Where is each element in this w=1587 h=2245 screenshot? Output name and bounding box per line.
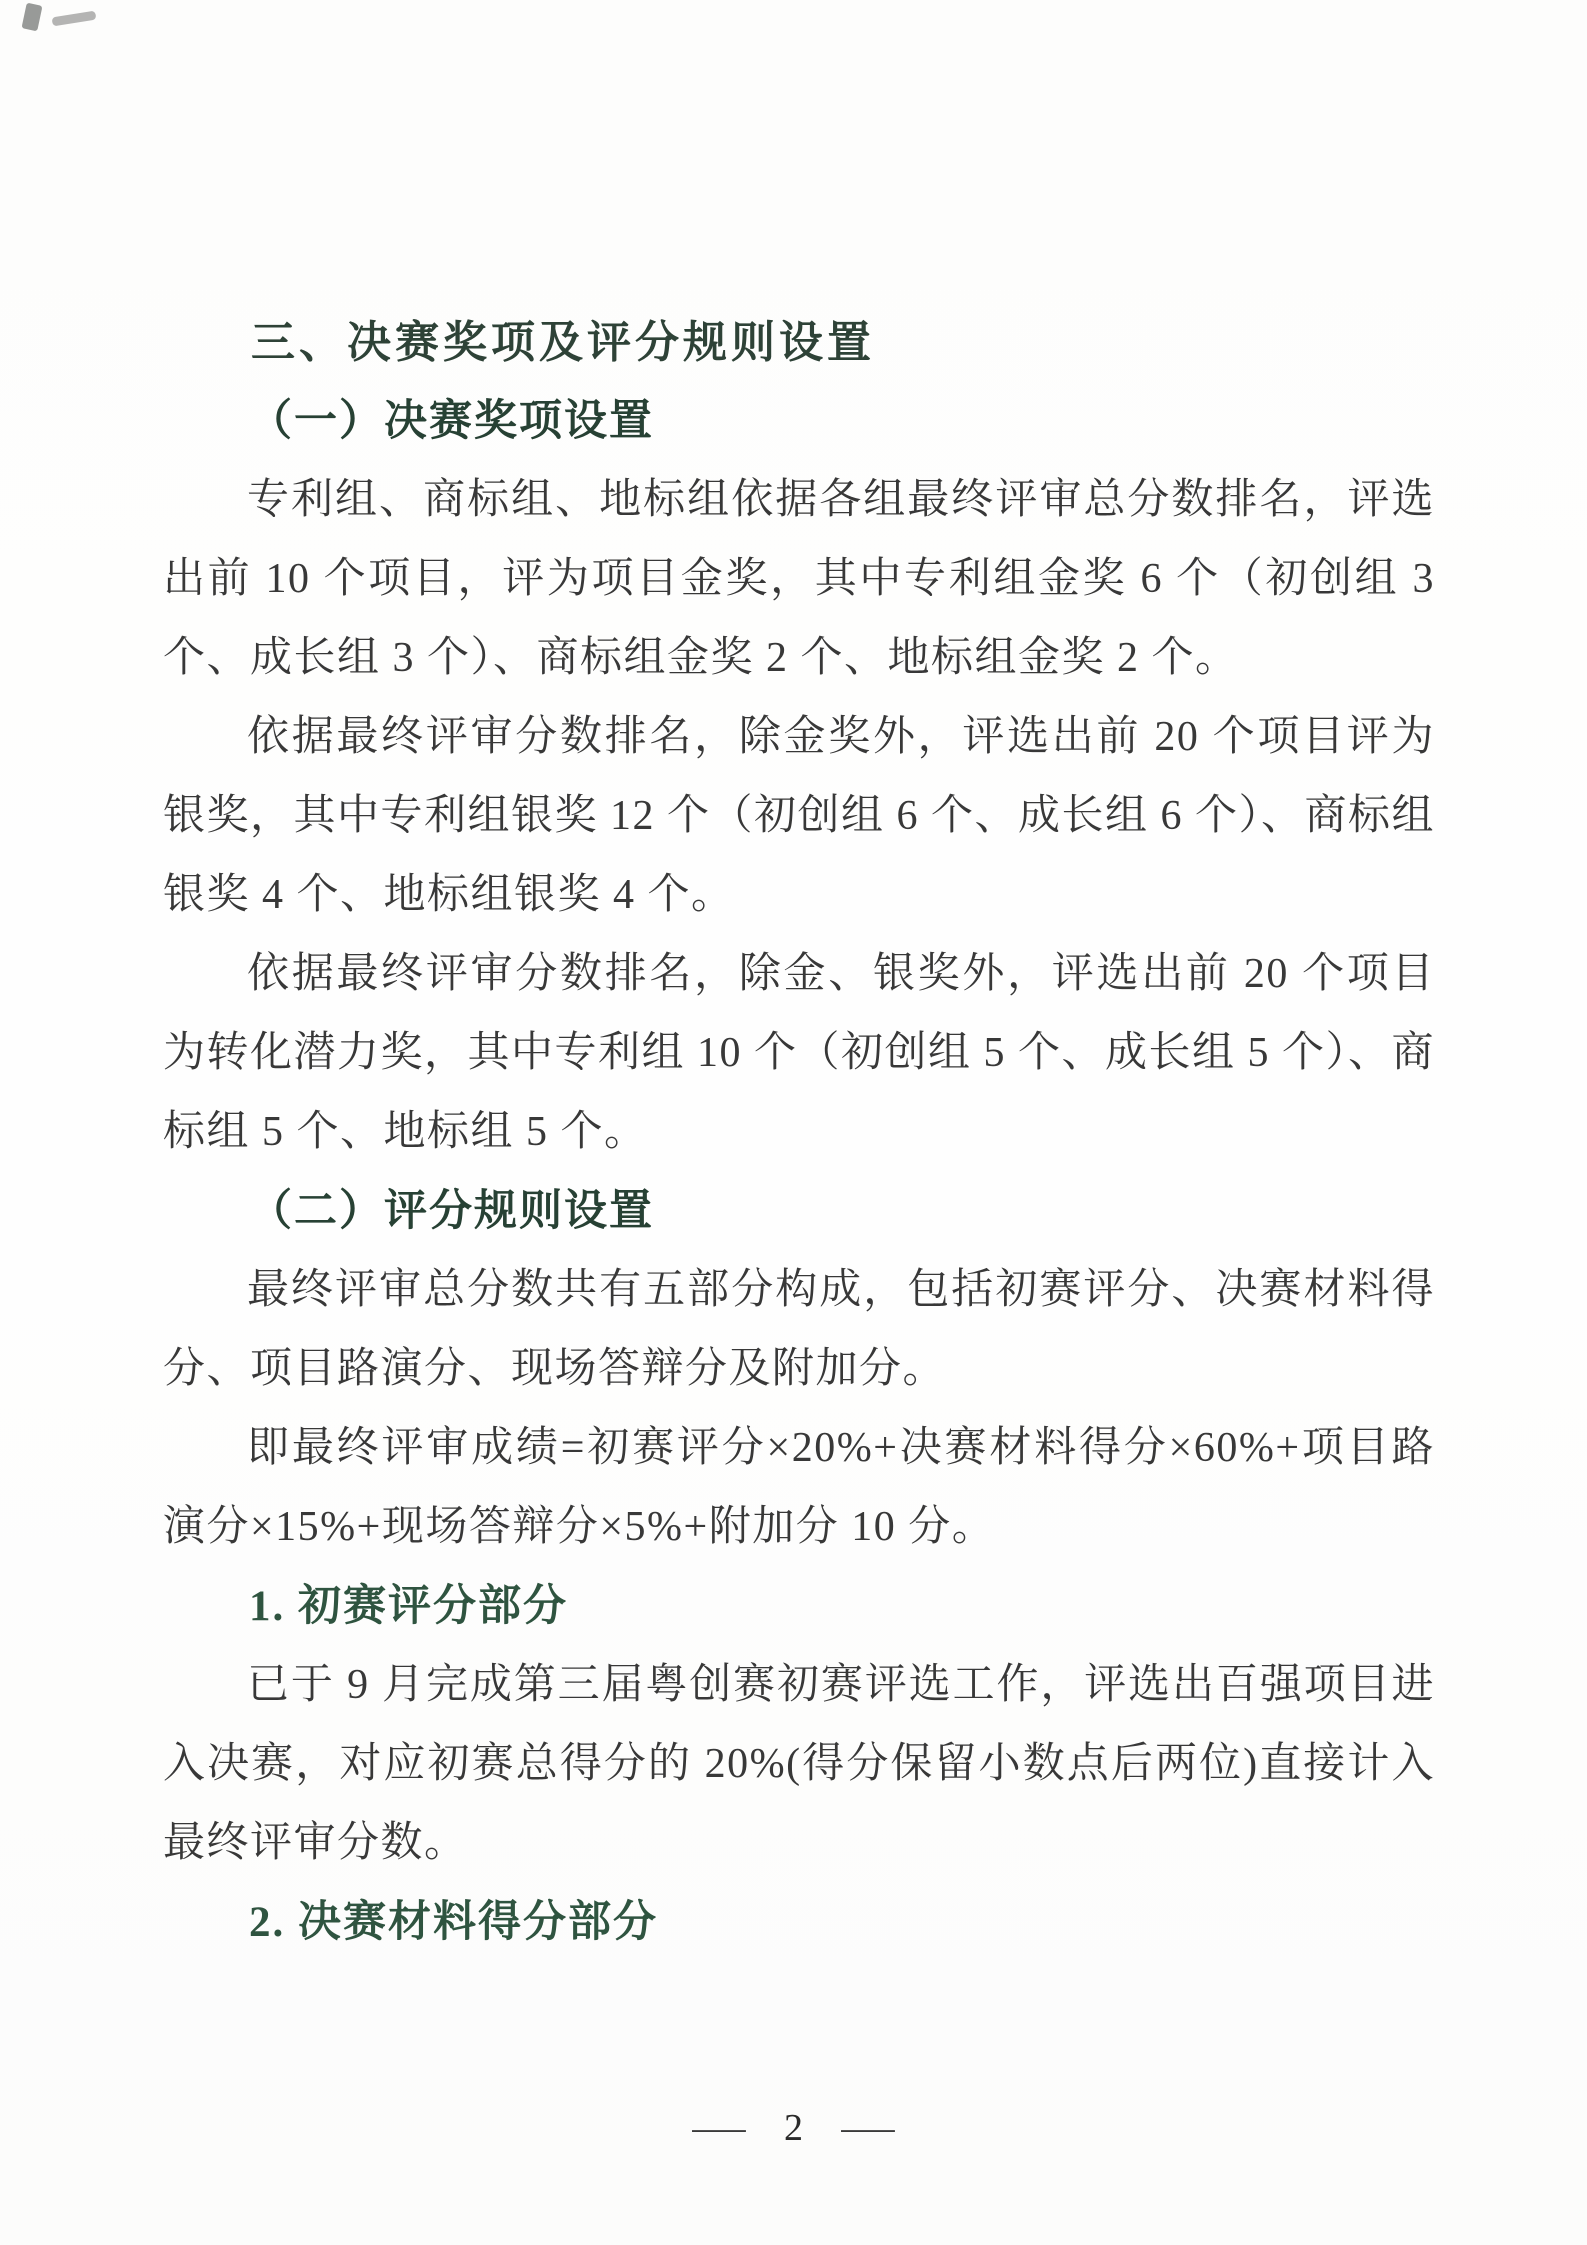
section-heading: 三、决赛奖项及评分规则设置 — [163, 303, 1435, 382]
page-number: 2 — [784, 2106, 803, 2150]
document-page: 三、决赛奖项及评分规则设置 （一）决赛奖项设置 专利组、商标组、地标组依据各组最… — [0, 0, 1587, 2245]
scan-smudge — [52, 11, 97, 27]
paragraph-silver-awards: 依据最终评审分数排名，除金奖外，评选出前 20 个项目评为银奖，其中专利组银奖 … — [163, 698, 1435, 935]
paragraph-score-components: 最终评审总分数共有五部分构成，包括初赛评分、决赛材料得分、项目路演分、现场答辩分… — [163, 1251, 1435, 1409]
item-1-heading: 1. 初赛评分部分 — [163, 1567, 1435, 1646]
item-2-heading: 2. 决赛材料得分部分 — [163, 1883, 1435, 1962]
paragraph-score-formula: 即最终评审成绩=初赛评分×20%+决赛材料得分×60%+项目路演分×15%+现场… — [163, 1409, 1435, 1567]
paragraph-potential-awards: 依据最终评审分数排名，除金、银奖外，评选出前 20 个项目为转化潜力奖，其中专利… — [163, 935, 1435, 1172]
paragraph-gold-awards: 专利组、商标组、地标组依据各组最终评审总分数排名，评选出前 10 个项目，评为项… — [163, 461, 1435, 698]
page-footer: — 2 — — [0, 2106, 1587, 2150]
footer-dash-left: — — [692, 2106, 745, 2150]
subsection-2-heading: （二）评分规则设置 — [163, 1172, 1435, 1251]
document-body: 三、决赛奖项及评分规则设置 （一）决赛奖项设置 专利组、商标组、地标组依据各组最… — [163, 303, 1435, 1962]
scan-smudge — [21, 3, 42, 32]
subsection-1-heading: （一）决赛奖项设置 — [163, 382, 1435, 461]
paragraph-preliminary-score: 已于 9 月完成第三届粤创赛初赛评选工作，评选出百强项目进入决赛，对应初赛总得分… — [163, 1646, 1435, 1883]
footer-dash-right: — — [841, 2106, 894, 2150]
